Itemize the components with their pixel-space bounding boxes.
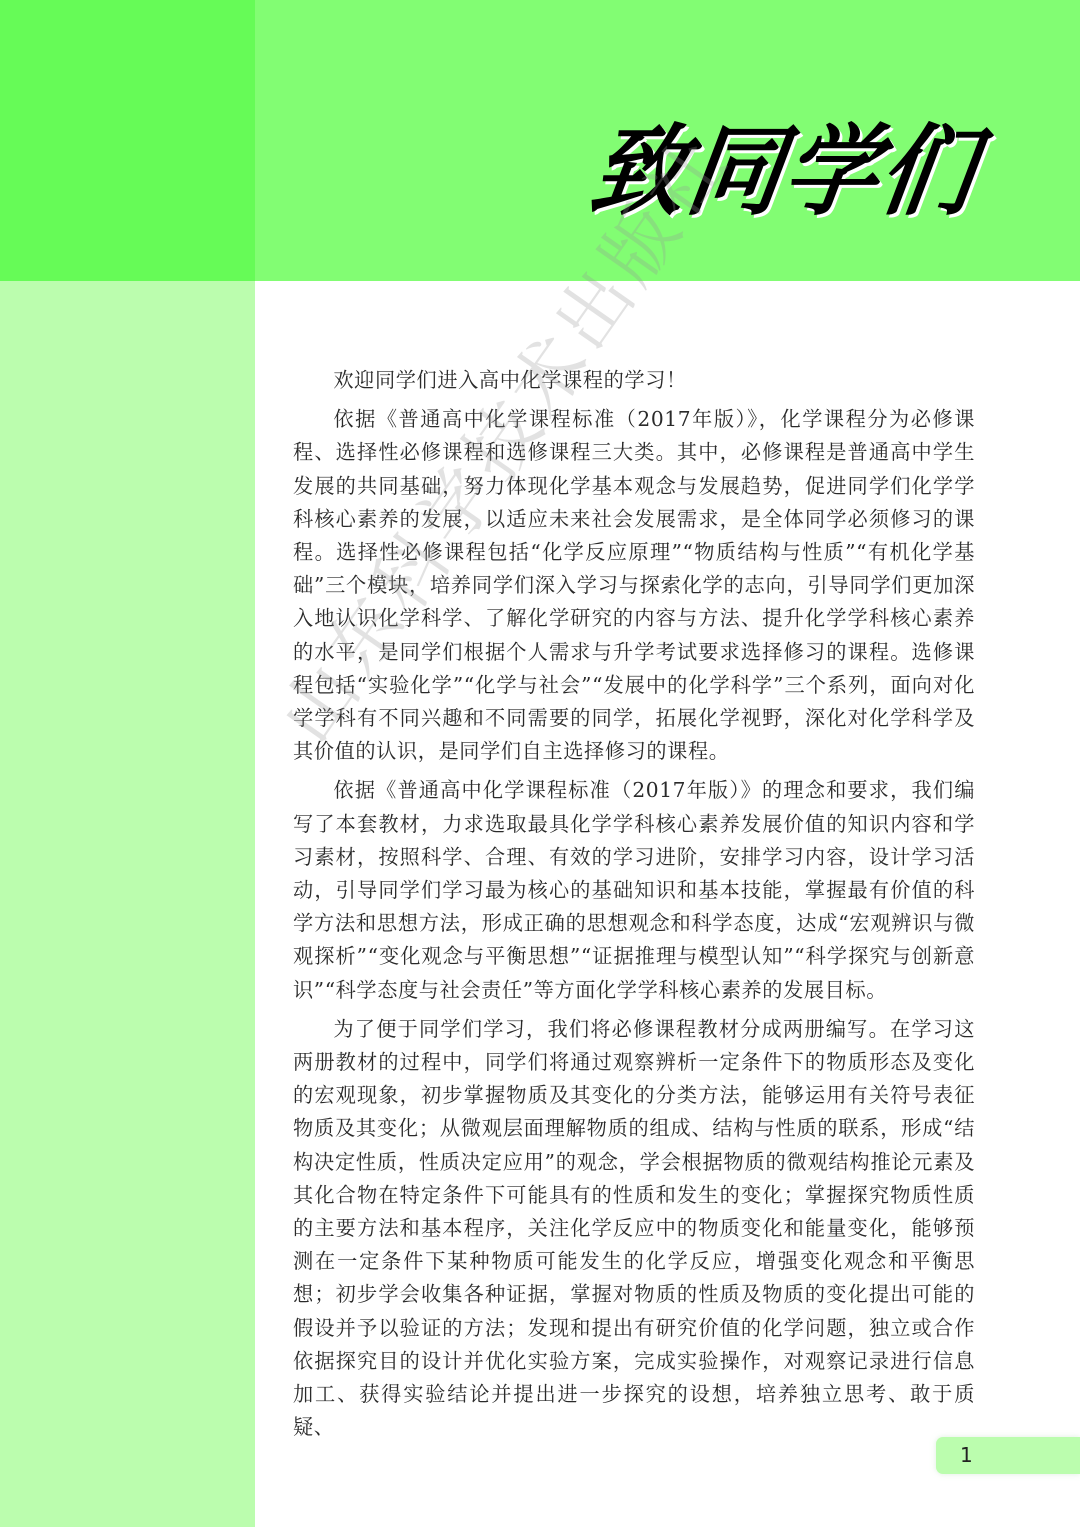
page-title: 致同学们 (584, 115, 1010, 231)
page-number: 1 (960, 1437, 973, 1474)
page-number-tab: 1 (936, 1437, 1080, 1474)
paragraph-curriculum-overview: 依据《普通高中化学课程标准（2017年版）》，化学课程分为必修课程、选择性必修课… (293, 403, 975, 768)
paragraph-textbook-goals: 依据《普通高中化学课程标准（2017年版）》的理念和要求，我们编写了本套教材，力… (293, 774, 975, 1006)
header-accent-block (0, 0, 255, 281)
paragraph-learning-outcomes: 为了便于同学们学习，我们将必修课程教材分成两册编写。在学习这两册教材的过程中，同… (293, 1013, 975, 1445)
left-margin-band (0, 281, 255, 1527)
paragraph-greeting: 欢迎同学们进入高中化学课程的学习！ (293, 364, 975, 397)
body-text: 欢迎同学们进入高中化学课程的学习！ 依据《普通高中化学课程标准（2017年版）》… (293, 364, 975, 1451)
